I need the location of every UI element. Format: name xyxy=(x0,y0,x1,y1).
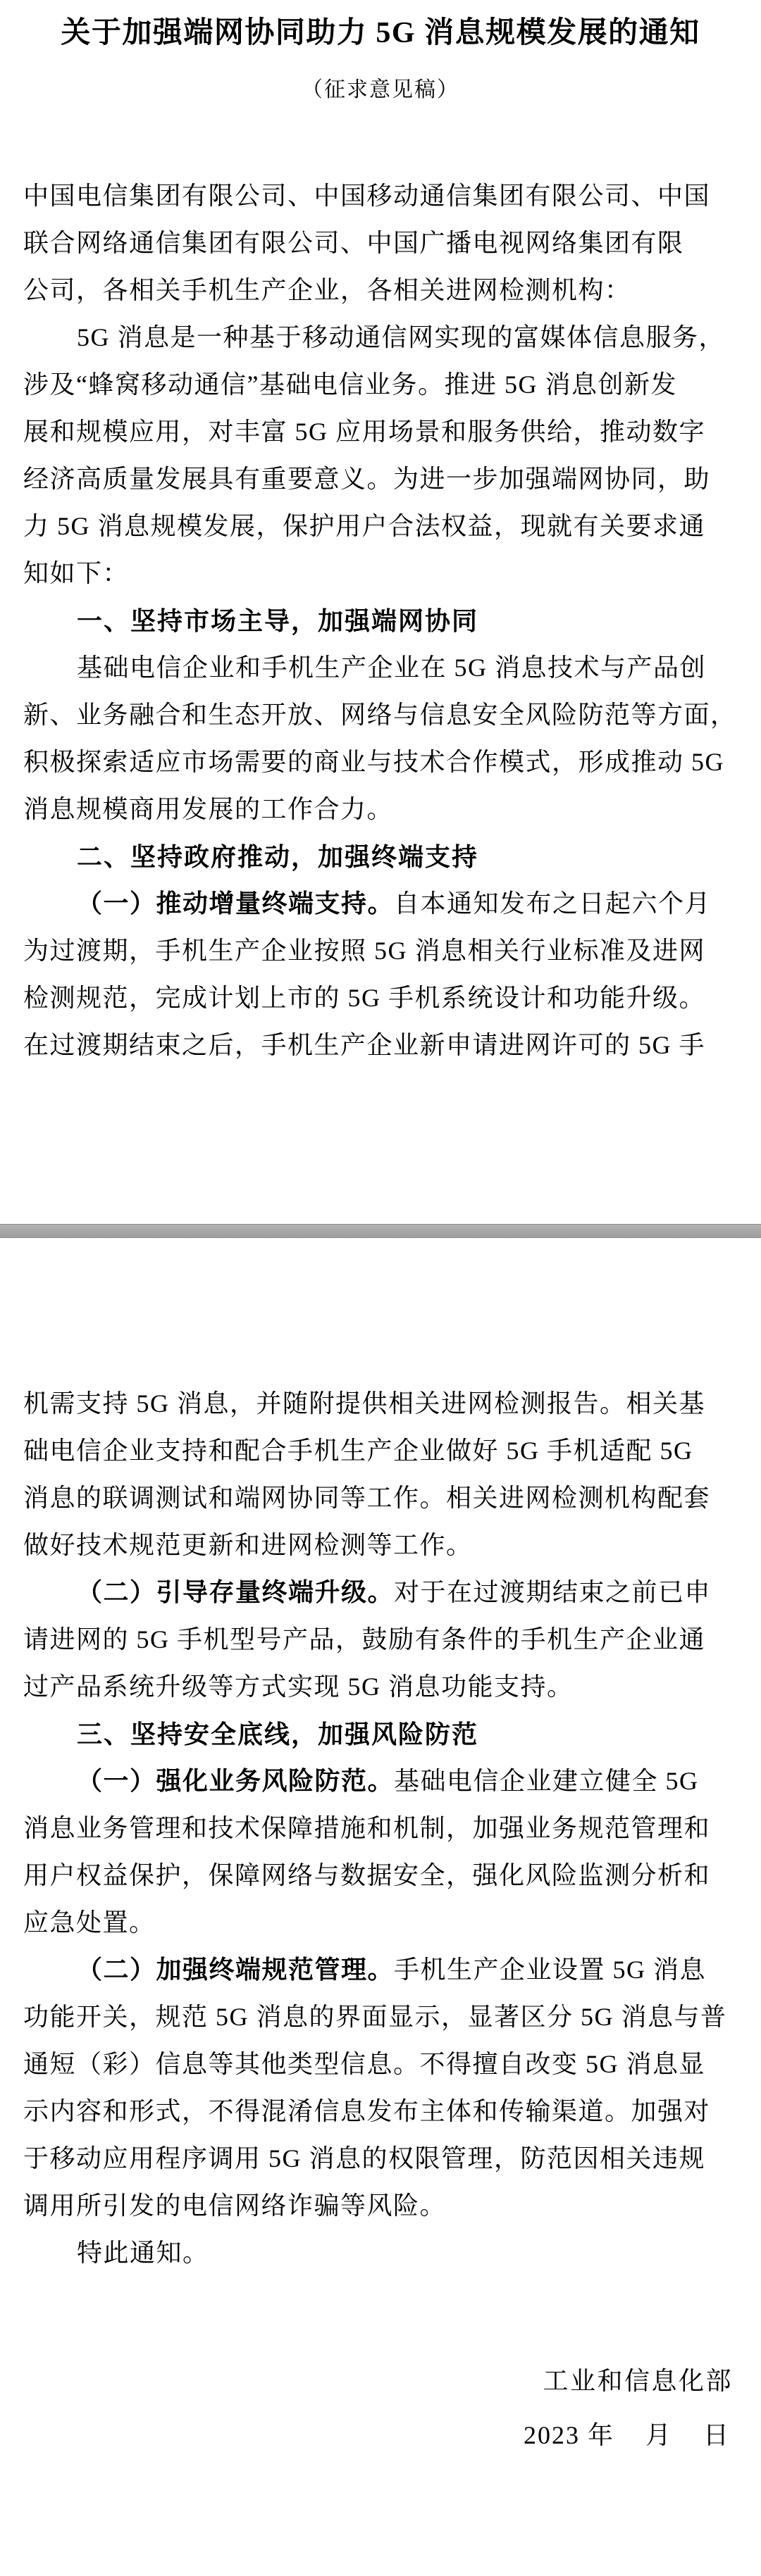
section-heading: 一、坚持市场主导，加强端网协同 xyxy=(23,597,737,644)
document-line: 消息规模商用发展的工作合力。 xyxy=(23,786,737,833)
document-line: 为过渡期，手机生产企业按照 5G 消息相关行业标准及进网 xyxy=(23,927,737,975)
page-2-body: 机需支持 5G 消息，并随附提供相关进网检测报告。相关基础电信企业支持和配合手机… xyxy=(0,1238,761,2277)
paragraph: （二）加强终端规范管理。手机生产企业设置 5G 消息功能开关，规范 5G 消息的… xyxy=(23,1946,737,2230)
document-line: 示内容和形式，不得混淆信息发布主体和传输渠道。加强对 xyxy=(23,2088,737,2135)
paragraph: （一）强化业务风险防范。基础电信企业建立健全 5G消息业务管理和技术保障措施和机… xyxy=(23,1758,737,1946)
paragraph: （二）引导存量终端升级。对于在过渡期结束之前已申请进网的 5G 手机型号产品，鼓… xyxy=(23,1569,737,1711)
page-1: 关于加强端网协同助力 5G 消息规模发展的通知 （征求意见稿） 中国电信集团有限… xyxy=(0,0,761,1224)
document-line: 特此通知。 xyxy=(23,2230,737,2277)
document-line: 调用所引发的电信网络诈骗等风险。 xyxy=(23,2182,737,2230)
signature-org: 工业和信息化部 xyxy=(0,2358,761,2405)
section-heading: 二、坚持政府推动，加强终端支持 xyxy=(23,833,737,880)
document-line: 消息的联调测试和端网协同等工作。相关进网检测机构配套 xyxy=(23,1475,737,1522)
document-line: 中国电信集团有限公司、中国移动通信集团有限公司、中国 xyxy=(23,173,737,220)
bold-lead-in: （一）推动增量终端支持。 xyxy=(77,889,394,918)
document-line: 经济高质量发展具有重要意义。为进一步加强端网协同，助 xyxy=(23,456,737,503)
document-line: 展和规模应用，对丰富 5G 应用场景和服务供给，推动数字 xyxy=(23,408,737,456)
bold-lead-in: （二）加强终端规范管理。 xyxy=(77,1956,394,1984)
document-line: 涉及“蜂窝移动通信”基础电信业务。推进 5G 消息创新发 xyxy=(23,361,737,408)
bold-lead-in: （二）引导存量终端升级。 xyxy=(77,1578,394,1606)
document-line: （一）强化业务风险防范。基础电信企业建立健全 5G xyxy=(23,1758,737,1805)
document-line: （二）加强终端规范管理。手机生产企业设置 5G 消息 xyxy=(23,1946,737,1994)
document-line: 用户权益保护，保障网络与数据安全，强化风险监测分析和 xyxy=(23,1852,737,1899)
page-2: 机需支持 5G 消息，并随附提供相关进网检测报告。相关基础电信企业支持和配合手机… xyxy=(0,1238,761,2576)
document-line: 知如下： xyxy=(23,550,737,597)
document-line: 在过渡期结束之后，手机生产企业新申请进网许可的 5G 手 xyxy=(23,1022,737,1069)
document-line: 基础电信企业和手机生产企业在 5G 消息技术与产品创 xyxy=(23,644,737,692)
document-line: 联合网络通信集团有限公司、中国广播电视网络集团有限 xyxy=(23,220,737,267)
document-line: 机需支持 5G 消息，并随附提供相关进网检测报告。相关基 xyxy=(23,1380,737,1427)
document-line: 过产品系统升级等方式实现 5G 消息功能支持。 xyxy=(23,1663,737,1711)
document-line: 请进网的 5G 手机型号产品，鼓励有条件的手机生产企业通 xyxy=(23,1616,737,1663)
document-line: （一）推动增量终端支持。自本通知发布之日起六个月 xyxy=(23,880,737,927)
paragraph: 5G 消息是一种基于移动通信网实现的富媒体信息服务，涉及“蜂窝移动通信”基础电信… xyxy=(23,314,737,597)
document-line: 础电信企业支持和配合手机生产企业做好 5G 手机适配 5G xyxy=(23,1427,737,1475)
document-title: 关于加强端网协同助力 5G 消息规模发展的通知 xyxy=(0,0,761,51)
signature-date: 2023 年 月 日 xyxy=(0,2412,761,2459)
section-heading: 三、坚持安全底线，加强风险防范 xyxy=(23,1711,737,1758)
document-line: 于移动应用程序调用 5G 消息的权限管理，防范因相关违规 xyxy=(23,2135,737,2182)
paragraph: 中国电信集团有限公司、中国移动通信集团有限公司、中国联合网络通信集团有限公司、中… xyxy=(23,173,737,314)
paragraph: 机需支持 5G 消息，并随附提供相关进网检测报告。相关基础电信企业支持和配合手机… xyxy=(23,1380,737,1569)
document: 关于加强端网协同助力 5G 消息规模发展的通知 （征求意见稿） 中国电信集团有限… xyxy=(0,0,761,2576)
document-line: 公司，各相关手机生产企业，各相关进网检测机构： xyxy=(23,267,737,314)
paragraph: 基础电信企业和手机生产企业在 5G 消息技术与产品创新、业务融合和生态开放、网络… xyxy=(23,644,737,833)
document-line: 消息业务管理和技术保障措施和机制，加强业务规范管理和 xyxy=(23,1805,737,1852)
section-heading-line: 一、坚持市场主导，加强端网协同 xyxy=(23,597,737,644)
document-line: 应急处置。 xyxy=(23,1899,737,1946)
paragraph: （一）推动增量终端支持。自本通知发布之日起六个月为过渡期，手机生产企业按照 5G… xyxy=(23,880,737,1069)
document-line: 通短（彩）信息等其他类型信息。不得擅自改变 5G 消息显 xyxy=(23,2041,737,2088)
document-line: 做好技术规范更新和进网检测等工作。 xyxy=(23,1522,737,1569)
section-heading-line: 三、坚持安全底线，加强风险防范 xyxy=(23,1711,737,1758)
page-1-body: 中国电信集团有限公司、中国移动通信集团有限公司、中国联合网络通信集团有限公司、中… xyxy=(0,173,761,1069)
document-line: （二）引导存量终端升级。对于在过渡期结束之前已申 xyxy=(23,1569,737,1616)
document-subtitle: （征求意见稿） xyxy=(0,77,761,103)
document-line: 力 5G 消息规模发展，保护用户合法权益，现就有关要求通 xyxy=(23,503,737,550)
document-line: 检测规范，完成计划上市的 5G 手机系统设计和功能升级。 xyxy=(23,975,737,1022)
section-heading-line: 二、坚持政府推动，加强终端支持 xyxy=(23,833,737,880)
bold-lead-in: （一）强化业务风险防范。 xyxy=(77,1767,394,1795)
page-separator xyxy=(0,1224,761,1238)
document-line: 新、业务融合和生态开放、网络与信息安全风险防范等方面， xyxy=(23,692,737,739)
document-line: 功能开关，规范 5G 消息的界面显示，显著区分 5G 消息与普 xyxy=(23,1994,737,2041)
paragraph: 特此通知。 xyxy=(23,2230,737,2277)
document-line: 积极探索适应市场需要的商业与技术合作模式，形成推动 5G xyxy=(23,739,737,786)
document-line: 5G 消息是一种基于移动通信网实现的富媒体信息服务， xyxy=(23,314,737,361)
